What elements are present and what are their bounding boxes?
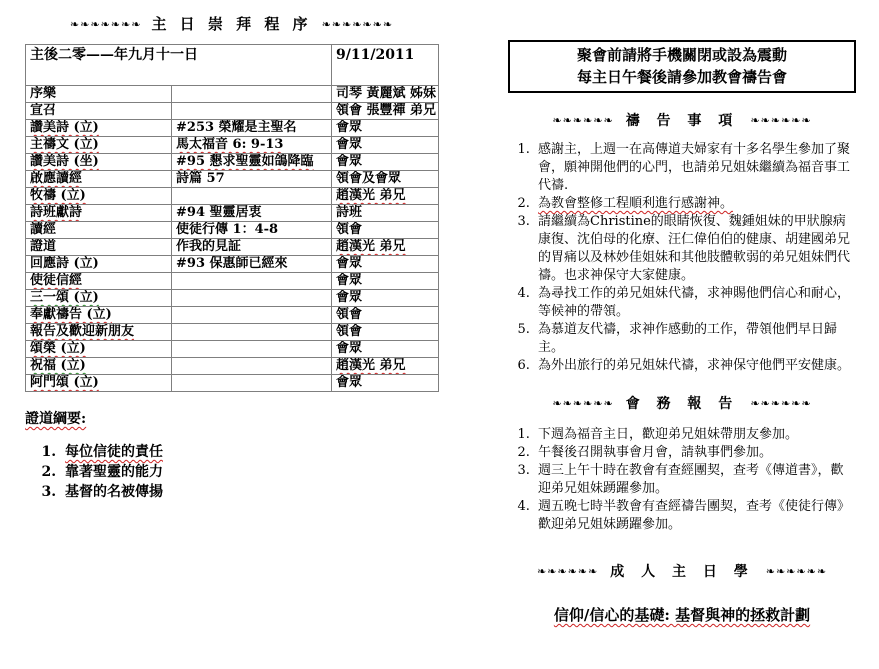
date-chinese: 主後二零——年九月十一日 <box>26 45 332 86</box>
program-row: 宣召 領會 張豐禪 弟兄 <box>26 103 439 120</box>
scroll-ornament-icon: ❧❧❧❧❧❧ <box>750 397 811 410</box>
prayer-item: 為外出旅行的弟兄姐妹代禱，求神保守他們平安健康。 <box>534 357 856 375</box>
program-item: 啟應讀經 <box>26 171 172 188</box>
program-detail: 使徒行傳 1：4-8 <box>172 222 332 239</box>
announcement-list: 下週為福音主日，歡迎弟兄姐妹帶朋友參加。 午餐後召開執事會月會，請執事們參加。 … <box>508 426 856 534</box>
announcement-item: 下週為福音主日，歡迎弟兄姐妹帶朋友參加。 <box>534 426 856 444</box>
program-detail <box>172 358 332 375</box>
scroll-ornament-icon: ❧❧❧❧❧❧ <box>537 565 598 578</box>
sermon-point: 靠著聖靈的能力 <box>61 462 438 482</box>
notice-line-1: 聚會前請將手機關閉或設為震動 <box>510 44 854 66</box>
prayer-item: 為慕道友代禱，求神作感動的工作，帶領他們早日歸主。 <box>534 321 856 357</box>
scroll-ornament-icon: ❧❧❧❧❧❧ <box>750 114 811 127</box>
program-row: 報告及歡迎新朋友 領會 <box>26 324 439 341</box>
program-row: 回應詩 (立) #93 保惠師已經來 會眾 <box>26 256 439 273</box>
program-detail: 詩篇 57 <box>172 171 332 188</box>
program-who: 會眾 <box>332 154 439 171</box>
program-who: 趙漢光 弟兄 <box>332 188 439 205</box>
prayer-heading-text: 禱 告 事 項 <box>626 113 739 129</box>
sermon-point: 基督的名被傳揚 <box>61 482 438 502</box>
program-who: 會眾 <box>332 256 439 273</box>
program-detail: #94 聖靈居衷 <box>172 205 332 222</box>
program-who: 會眾 <box>332 273 439 290</box>
program-row: 詩班獻詩 #94 聖靈居衷 詩班 <box>26 205 439 222</box>
phone-notice-box: 聚會前請將手機關閉或設為震動 每主日午餐後請參加教會禱告會 <box>508 40 856 93</box>
scroll-ornament-icon: ❧❧❧❧❧❧ <box>766 565 827 578</box>
date-numeric: 9/11/2011 <box>332 45 439 86</box>
program-who: 會眾 <box>332 341 439 358</box>
program-who: 趙漢光 弟兄 <box>332 239 439 256</box>
program-item: 宣召 <box>26 103 172 120</box>
program-who: 領會 <box>332 324 439 341</box>
program-item: 回應詩 (立) <box>26 256 172 273</box>
program-row: 啟應讀經 詩篇 57 領會及會眾 <box>26 171 439 188</box>
program-detail <box>172 375 332 392</box>
program-row: 使徒信經 會眾 <box>26 273 439 290</box>
program-item: 主禱文 (立) <box>26 137 172 154</box>
program-detail: #95 懇求聖靈如鴿降臨 <box>172 154 332 171</box>
announcements-column: 聚會前請將手機關閉或設為震動 每主日午餐後請參加教會禱告會 ❧❧❧❧❧❧禱 告 … <box>508 40 856 625</box>
program-who: 領會 <box>332 222 439 239</box>
program-who: 司琴 黃麗斌 姊妹 <box>332 86 439 103</box>
program-who: 詩班 <box>332 205 439 222</box>
program-date-row: 主後二零——年九月十一日 9/11/2011 <box>26 45 439 86</box>
program-row: 讚美詩 (立) #253 榮耀是主聖名 會眾 <box>26 120 439 137</box>
program-detail <box>172 307 332 324</box>
worship-program-column: ❧❧❧❧❧❧❧主 日 崇 拜 程 序❧❧❧❧❧❧❧ 主後二零——年九月十一日 9… <box>25 14 438 502</box>
sermon-point: 每位信徒的責任 <box>61 442 438 462</box>
program-detail: 作我的見証 <box>172 239 332 256</box>
program-item: 證道 <box>26 239 172 256</box>
program-detail: #93 保惠師已經來 <box>172 256 332 273</box>
program-item: 祝福 (立) <box>26 358 172 375</box>
program-item: 讀經 <box>26 222 172 239</box>
program-detail <box>172 273 332 290</box>
program-item: 讚美詩 (立) <box>26 120 172 137</box>
program-row: 頌榮 (立) 會眾 <box>26 341 439 358</box>
program-row: 祝福 (立) 趙漢光 弟兄 <box>26 358 439 375</box>
program-detail: #253 榮耀是主聖名 <box>172 120 332 137</box>
program-who: 領會 <box>332 307 439 324</box>
program-detail: 馬太福音 6: 9-13 <box>172 137 332 154</box>
announcement-item: 週三上午十時在教會有查經團契，查考《傳道書》，歡迎弟兄姐妹踴躍參加。 <box>534 462 856 498</box>
program-who: 領會及會眾 <box>332 171 439 188</box>
page-title: 主 日 崇 拜 程 序 <box>151 15 311 33</box>
program-row: 證道 作我的見証 趙漢光 弟兄 <box>26 239 439 256</box>
scroll-ornament-icon: ❧❧❧❧❧❧❧ <box>322 18 394 31</box>
announcement-item: 週五晚七時半教會有查經禱告團契，查考《使徒行傳》歡迎弟兄姐妹踴躍參加。 <box>534 498 856 534</box>
sermon-outline-section: 證道綱要: 每位信徒的責任 靠著聖靈的能力 基督的名被傳揚 <box>25 408 438 502</box>
program-item: 奉獻禱告 (立) <box>26 307 172 324</box>
program-row: 奉獻禱告 (立) 領會 <box>26 307 439 324</box>
announcement-item: 午餐後召開執事會月會，請執事們參加。 <box>534 444 856 462</box>
program-table: 主後二零——年九月十一日 9/11/2011 序樂 司琴 黃麗斌 姊妹 宣召 領… <box>25 44 439 392</box>
program-row: 序樂 司琴 黃麗斌 姊妹 <box>26 86 439 103</box>
prayer-item: 為教會整修工程順利進行感謝神。 <box>534 195 856 213</box>
program-item: 三一頌 (立) <box>26 290 172 307</box>
scroll-ornament-icon: ❧❧❧❧❧❧ <box>552 114 613 127</box>
affairs-section-heading: ❧❧❧❧❧❧會 務 報 告❧❧❧❧❧❧ <box>508 393 856 413</box>
program-detail <box>172 86 332 103</box>
program-detail <box>172 324 332 341</box>
program-detail <box>172 103 332 120</box>
sunday-school-topic: 信仰/信心的基礎: 基督與神的拯救計劃 <box>508 604 856 625</box>
program-item: 頌榮 (立) <box>26 341 172 358</box>
prayer-item: 感謝主，上週一在高傳道夫婦家有十多名學生參加了聚會，願神開他們的心門，也請弟兄姐… <box>534 141 856 195</box>
program-item: 讚美詩 (坐) <box>26 154 172 171</box>
program-who: 趙漢光 弟兄 <box>332 358 439 375</box>
program-row: 三一頌 (立) 會眾 <box>26 290 439 307</box>
program-item: 序樂 <box>26 86 172 103</box>
program-who: 會眾 <box>332 290 439 307</box>
sermon-outline-list: 每位信徒的責任 靠著聖靈的能力 基督的名被傳揚 <box>61 442 438 502</box>
program-item: 阿門頌 (立) <box>26 375 172 392</box>
program-who: 會眾 <box>332 375 439 392</box>
prayer-item: 請繼續為Christine的眼睛恢復、魏鍾姐妹的甲狀腺病康復、沈伯母的化療、汪仁… <box>534 213 856 285</box>
sunday-school-heading-text: 成 人 主 日 學 <box>610 564 754 580</box>
prayer-section-heading: ❧❧❧❧❧❧禱 告 事 項❧❧❧❧❧❧ <box>508 110 856 130</box>
notice-line-2: 每主日午餐後請參加教會禱告會 <box>510 66 854 88</box>
program-item: 報告及歡迎新朋友 <box>26 324 172 341</box>
program-row: 讀經 使徒行傳 1：4-8 領會 <box>26 222 439 239</box>
program-who: 會眾 <box>332 137 439 154</box>
program-row: 阿門頌 (立) 會眾 <box>26 375 439 392</box>
worship-program-title-line: ❧❧❧❧❧❧❧主 日 崇 拜 程 序❧❧❧❧❧❧❧ <box>25 14 438 35</box>
prayer-item: 為尋找工作的弟兄姐妹代禱，求神賜他們信心和耐心，等候神的帶領。 <box>534 285 856 321</box>
program-detail <box>172 290 332 307</box>
program-who: 會眾 <box>332 120 439 137</box>
program-item: 詩班獻詩 <box>26 205 172 222</box>
prayer-list: 感謝主，上週一在高傳道夫婦家有十多名學生參加了聚會，願神開他們的心門，也請弟兄姐… <box>508 141 856 375</box>
program-row: 讚美詩 (坐) #95 懇求聖靈如鴿降臨 會眾 <box>26 154 439 171</box>
affairs-heading-text: 會 務 報 告 <box>626 396 739 412</box>
program-row: 牧禱 (立) 趙漢光 弟兄 <box>26 188 439 205</box>
scroll-ornament-icon: ❧❧❧❧❧❧❧ <box>70 18 142 31</box>
scroll-ornament-icon: ❧❧❧❧❧❧ <box>552 397 613 410</box>
program-row: 主禱文 (立) 馬太福音 6: 9-13 會眾 <box>26 137 439 154</box>
program-detail <box>172 341 332 358</box>
program-item: 使徒信經 <box>26 273 172 290</box>
program-who: 領會 張豐禪 弟兄 <box>332 103 439 120</box>
program-detail <box>172 188 332 205</box>
sunday-school-heading: ❧❧❧❧❧❧成 人 主 日 學❧❧❧❧❧❧ <box>508 561 856 581</box>
program-item: 牧禱 (立) <box>26 188 172 205</box>
sermon-outline-heading: 證道綱要: <box>25 408 86 428</box>
